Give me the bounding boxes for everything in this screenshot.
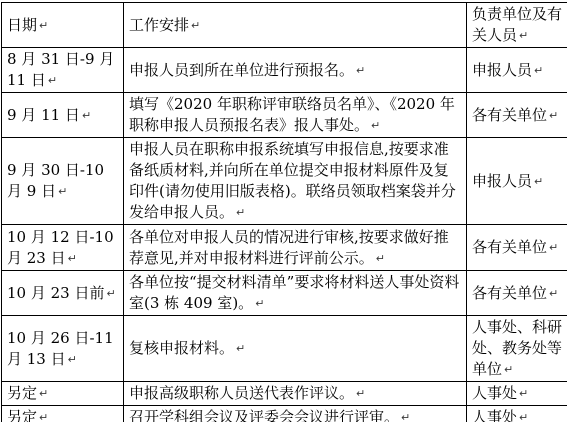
header-cell-owner: 负责单位及有关人员↵ bbox=[467, 3, 567, 48]
table-row: 8 月 31 日-9 月 11 日↵ 申报人员到所在单位进行预报名。↵ 申报人员… bbox=[2, 48, 567, 93]
paragraph-mark-icon: ↵ bbox=[519, 387, 528, 400]
cell-date: 8 月 31 日-9 月 11 日↵ bbox=[2, 48, 124, 93]
paragraph-mark-icon: ↵ bbox=[356, 64, 365, 77]
paragraph-mark-icon: ↵ bbox=[549, 287, 558, 300]
cell-date: 10 月 26 日-11 月 13 日↵ bbox=[2, 316, 124, 382]
paragraph-mark-icon: ↵ bbox=[106, 287, 115, 300]
paragraph-mark-icon: ↵ bbox=[82, 109, 91, 122]
paragraph-mark-icon: ↵ bbox=[549, 241, 558, 254]
date-text: 9 月 11 日 bbox=[7, 106, 80, 124]
table-row: 9 月 30 日-10 月 9 日↵ 申报人员在职称申报系统填写申报信息,按要求… bbox=[2, 138, 567, 225]
owner-text: 申报人员 bbox=[472, 172, 532, 190]
paragraph-mark-icon: ↵ bbox=[356, 387, 365, 400]
date-text: 8 月 31 日-9 月 11 日 bbox=[7, 50, 114, 89]
paragraph-mark-icon: ↵ bbox=[519, 411, 528, 422]
paragraph-mark-icon: ↵ bbox=[519, 29, 528, 42]
header-task-label: 工作安排 bbox=[129, 16, 189, 34]
header-date-label: 日期 bbox=[7, 16, 37, 34]
task-text: 各单位按“提交材料清单”要求将材料送人事处资料室(3 栋 409 室)。 bbox=[129, 273, 459, 312]
cell-task: 申报人员到所在单位进行预报名。↵ bbox=[124, 48, 467, 93]
cell-owner: 申报人员↵ bbox=[467, 138, 567, 225]
cell-owner: 人事处↵ bbox=[467, 382, 567, 406]
cell-date: 另定↵ bbox=[2, 382, 124, 406]
paragraph-mark-icon: ↵ bbox=[371, 119, 380, 132]
paragraph-mark-icon: ↵ bbox=[236, 206, 245, 219]
owner-text: 申报人员 bbox=[472, 61, 532, 79]
date-text: 10 月 26 日-11 月 13 日 bbox=[7, 329, 114, 368]
cell-owner: 各有关单位↵ bbox=[467, 225, 567, 271]
owner-text: 各有关单位 bbox=[472, 106, 547, 124]
paragraph-mark-icon: ↵ bbox=[68, 252, 77, 265]
owner-text: 人事处、科研处、教务处等单位 bbox=[472, 318, 562, 378]
paragraph-mark-icon: ↵ bbox=[504, 363, 513, 376]
cell-date: 9 月 30 日-10 月 9 日↵ bbox=[2, 138, 124, 225]
header-owner-label: 负责单位及有关人员 bbox=[472, 5, 562, 44]
paragraph-mark-icon: ↵ bbox=[39, 411, 48, 422]
paragraph-mark-icon: ↵ bbox=[401, 411, 410, 422]
cell-owner: 人事处、科研处、教务处等单位↵ bbox=[467, 316, 567, 382]
paragraph-mark-icon: ↵ bbox=[48, 74, 57, 87]
paragraph-mark-icon: ↵ bbox=[255, 297, 264, 310]
cell-task: 填写《2020 年职称评审联络员名单》、《2020 年职称申报人员预报名表》报人… bbox=[124, 93, 467, 138]
paragraph-mark-icon: ↵ bbox=[549, 109, 558, 122]
table-row: 10 月 26 日-11 月 13 日↵ 复核申报材料。↵ 人事处、科研处、教务… bbox=[2, 316, 567, 382]
paragraph-mark-icon: ↵ bbox=[376, 252, 385, 265]
cell-owner: 人事处↵ bbox=[467, 406, 567, 422]
owner-text: 各有关单位 bbox=[472, 238, 547, 256]
date-text: 10 月 12 日-10 月 23 日 bbox=[7, 228, 114, 267]
owner-text: 各有关单位 bbox=[472, 284, 547, 302]
cell-task: 各单位对申报人员的情况进行审核,按要求做好推荐意见,并对申报材料进行评前公示。↵ bbox=[124, 225, 467, 271]
paragraph-mark-icon: ↵ bbox=[58, 185, 67, 198]
table-row: 另定↵ 申报高级职称人员送代表作评议。↵ 人事处↵ bbox=[2, 382, 567, 406]
header-cell-task: 工作安排↵ bbox=[124, 3, 467, 48]
table-row: 9 月 11 日↵ 填写《2020 年职称评审联络员名单》、《2020 年职称申… bbox=[2, 93, 567, 138]
date-text: 9 月 30 日-10 月 9 日 bbox=[7, 161, 104, 200]
task-text: 召开学科组会议及评委会会议进行评审。 bbox=[129, 408, 399, 422]
task-text: 填写《2020 年职称评审联络员名单》、《2020 年职称申报人员预报名表》报人… bbox=[129, 95, 455, 134]
paragraph-mark-icon: ↵ bbox=[39, 387, 48, 400]
cell-task: 召开学科组会议及评委会会议进行评审。↵ bbox=[124, 406, 467, 422]
cell-date: 10 月 23 日前↵ bbox=[2, 271, 124, 316]
cell-owner: 各有关单位↵ bbox=[467, 93, 567, 138]
paragraph-mark-icon: ↵ bbox=[534, 64, 543, 77]
document-page: 日期↵ 工作安排↵ 负责单位及有关人员↵ 8 月 31 日-9 月 11 日↵ … bbox=[0, 0, 567, 422]
cell-date: 9 月 11 日↵ bbox=[2, 93, 124, 138]
task-text: 申报人员到所在单位进行预报名。 bbox=[129, 61, 354, 79]
cell-owner: 申报人员↵ bbox=[467, 48, 567, 93]
task-text: 各单位对申报人员的情况进行审核,按要求做好推荐意见,并对申报材料进行评前公示。 bbox=[129, 228, 449, 267]
date-text: 另定 bbox=[7, 384, 37, 402]
table-row: 10 月 12 日-10 月 23 日↵ 各单位对申报人员的情况进行审核,按要求… bbox=[2, 225, 567, 271]
paragraph-mark-icon: ↵ bbox=[236, 342, 245, 355]
owner-text: 人事处 bbox=[472, 384, 517, 402]
paragraph-mark-icon: ↵ bbox=[191, 19, 200, 32]
paragraph-mark-icon: ↵ bbox=[39, 19, 48, 32]
cell-owner: 各有关单位↵ bbox=[467, 271, 567, 316]
owner-text: 人事处 bbox=[472, 408, 517, 422]
paragraph-mark-icon: ↵ bbox=[534, 175, 543, 188]
cell-task: 各单位按“提交材料清单”要求将材料送人事处资料室(3 栋 409 室)。↵ bbox=[124, 271, 467, 316]
header-row: 日期↵ 工作安排↵ 负责单位及有关人员↵ bbox=[2, 3, 567, 48]
table-row: 另定↵ 召开学科组会议及评委会会议进行评审。↵ 人事处↵ bbox=[2, 406, 567, 422]
cell-date: 10 月 12 日-10 月 23 日↵ bbox=[2, 225, 124, 271]
task-text: 复核申报材料。 bbox=[129, 339, 234, 357]
table-row: 10 月 23 日前↵ 各单位按“提交材料清单”要求将材料送人事处资料室(3 栋… bbox=[2, 271, 567, 316]
header-cell-date: 日期↵ bbox=[2, 3, 124, 48]
task-text: 申报高级职称人员送代表作评议。 bbox=[129, 384, 354, 402]
cell-task: 复核申报材料。↵ bbox=[124, 316, 467, 382]
cell-date: 另定↵ bbox=[2, 406, 124, 422]
schedule-table: 日期↵ 工作安排↵ 负责单位及有关人员↵ 8 月 31 日-9 月 11 日↵ … bbox=[1, 2, 567, 422]
date-text: 10 月 23 日前 bbox=[7, 284, 104, 302]
cell-task: 申报高级职称人员送代表作评议。↵ bbox=[124, 382, 467, 406]
task-text: 申报人员在职称申报系统填写申报信息,按要求准备纸质材料,并向所在单位提交申报材料… bbox=[129, 140, 456, 221]
date-text: 另定 bbox=[7, 408, 37, 422]
cell-task: 申报人员在职称申报系统填写申报信息,按要求准备纸质材料,并向所在单位提交申报材料… bbox=[124, 138, 467, 225]
paragraph-mark-icon: ↵ bbox=[68, 353, 77, 366]
